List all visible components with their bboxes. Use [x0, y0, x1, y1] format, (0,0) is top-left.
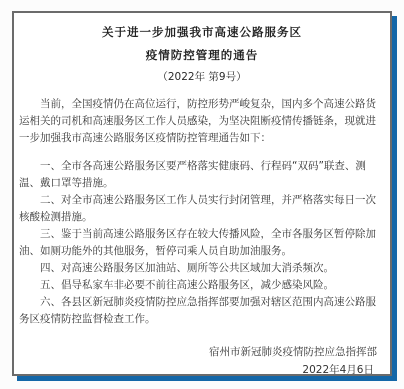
signature-block: 宿州市新冠肺炎疫情防控应急指挥部 2022年4月6日	[19, 344, 385, 376]
notice-item: 四、对高速公路服务区加油站、厕所等公共区域加大消杀频次。	[19, 260, 385, 277]
notice-title-line-2: 疫情防控管理的通告	[19, 44, 385, 67]
notice-item: 一、全市各高速公路服务区要严格落实健康码、行程码“双码”联查、测温、戴口罩等措施…	[19, 158, 385, 192]
notice-item: 三、鉴于当前高速公路服务区存在较大传播风险，全市各服务区暂停除加油、如厕功能外的…	[19, 226, 385, 260]
notice-item: 五、倡导私家车非必要不前往高速公路服务区，减少感染风险。	[19, 277, 385, 294]
issuing-authority-signature: 宿州市新冠肺炎疫情防控应急指挥部	[19, 344, 385, 361]
page-background: 关于进一步加强我市高速公路服务区 疫情防控管理的通告 （2022年 第9号） 当…	[0, 0, 404, 389]
notice-item: 六、各县区新冠肺炎疫情防控应急指挥部要加强对辖区范围内高速公路服务区疫情防控监督…	[19, 294, 385, 328]
intro-paragraph: 当前，全国疫情仍在高位运行，防控形势严峻复杂，国内多个高速公路货运相关的司机和高…	[19, 96, 385, 147]
notice-header: 关于进一步加强我市高速公路服务区 疫情防控管理的通告 （2022年 第9号）	[19, 21, 385, 88]
notice-title-line-1: 关于进一步加强我市高速公路服务区	[19, 21, 385, 44]
notice-issue-number: （2022年 第9号）	[19, 67, 385, 88]
notice-item: 二、对全市高速公路服务区工作人员实行封闭管理，并严格落实每日一次核酸检测措施。	[19, 192, 385, 226]
notice-body: 当前，全国疫情仍在高位运行，防控形势严峻复杂，国内多个高速公路货运相关的司机和高…	[19, 96, 385, 376]
issue-date: 2022年4月6日	[19, 361, 385, 376]
notice-document: 关于进一步加强我市高速公路服务区 疫情防控管理的通告 （2022年 第9号） 当…	[12, 11, 392, 376]
